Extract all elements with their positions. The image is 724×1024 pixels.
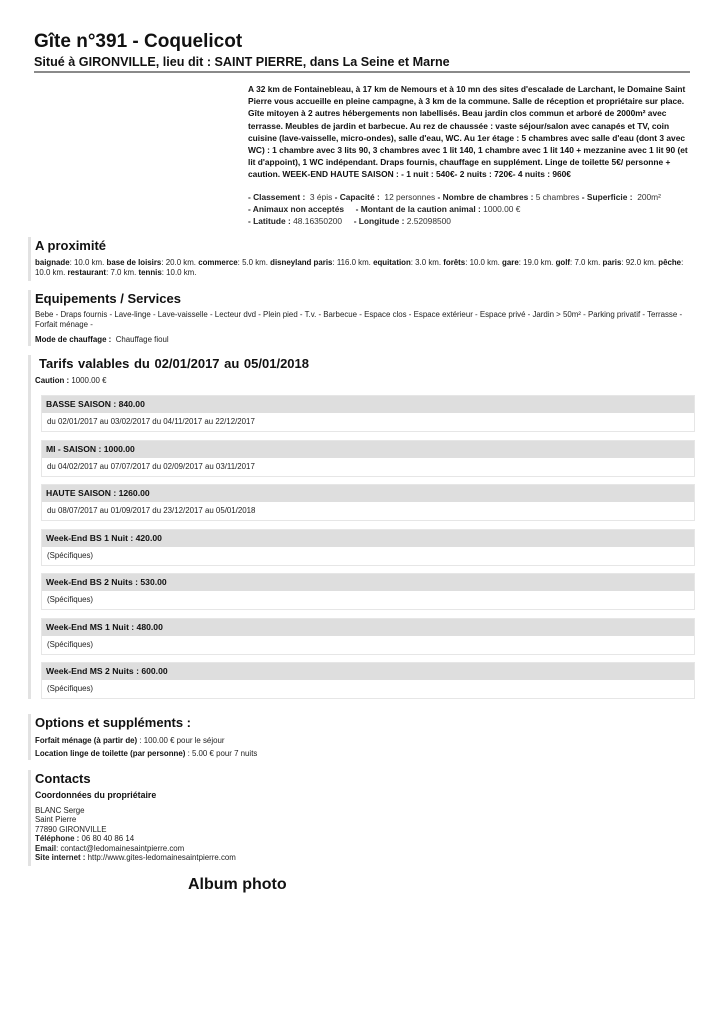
proximity-item-label: commerce <box>198 258 237 267</box>
proximity-item: equitation: 3.0 km. <box>373 258 441 267</box>
proximity-item-label: base de loisirs <box>107 258 162 267</box>
rate-period-title: Week-End MS 1 Nuit : 480.00 <box>42 619 694 636</box>
option-label: Forfait ménage (à partir de) <box>35 736 137 745</box>
chambres-label: - Nombre de chambres : <box>438 192 534 202</box>
option-label: Location linge de toilette (par personne… <box>35 749 185 758</box>
option-value: : 5.00 € pour 7 nuits <box>188 749 258 758</box>
proximity-item-label: equitation <box>373 258 411 267</box>
proximity-item-value: 3.0 km. <box>415 258 441 267</box>
classement-label: - Classement : <box>248 192 305 202</box>
email-label: Email <box>35 844 56 853</box>
capacite-label: - Capacité : <box>335 192 380 202</box>
rates-heading: Tarifs valables du 02/01/2017 au 05/01/2… <box>39 355 691 372</box>
proximity-item-label: paris <box>603 258 622 267</box>
proximity-item-value: 10.0 km. <box>470 258 500 267</box>
options-section: Options et suppléments : Forfait ménage … <box>28 714 435 760</box>
proximity-item-value: 19.0 km. <box>523 258 553 267</box>
rate-period-title: BASSE SAISON : 840.00 <box>42 396 694 413</box>
proximity-item-label: pêche <box>658 258 681 267</box>
proximity-item: base de loisirs: 20.0 km. <box>107 258 196 267</box>
proximity-item-value: 116.0 km. <box>337 258 371 267</box>
proximity-heading: A proximité <box>35 237 691 254</box>
heating-mode: Mode de chauffage : Chauffage fioul <box>35 335 691 345</box>
superficie-value: 200m² <box>637 192 661 202</box>
proximity-item-value: 7.0 km. <box>110 268 136 277</box>
owner-email: Email: contact@ledomainesaintpierre.com <box>35 844 435 853</box>
rate-period-title: Week-End BS 2 Nuits : 530.00 <box>42 574 694 591</box>
email-link[interactable]: contact@ledomainesaintpierre.com <box>60 844 184 853</box>
page-header: Gîte n°391 - Coquelicot Situé à GIRONVIL… <box>34 30 690 70</box>
header-divider <box>34 71 690 73</box>
page-title: Gîte n°391 - Coquelicot <box>34 30 690 54</box>
rate-period: Week-End MS 2 Nuits : 600.00(Spécifiques… <box>41 662 695 699</box>
chambres-value: 5 chambres <box>536 192 580 202</box>
owner-address-line-1: Saint Pierre <box>35 815 435 824</box>
superficie-label: - Superficie : <box>582 192 633 202</box>
proximity-item-value: 20.0 km. <box>166 258 196 267</box>
proximity-item-value: 92.0 km. <box>626 258 656 267</box>
owner-heading: Coordonnées du propriétaire <box>35 790 435 801</box>
contacts-section: Contacts Coordonnées du propriétaire BLA… <box>28 770 435 866</box>
phone-value[interactable]: 06 80 40 86 14 <box>81 834 134 843</box>
rate-period: HAUTE SAISON : 1260.00du 08/07/2017 au 0… <box>41 484 695 521</box>
rate-period-detail: (Spécifiques) <box>42 591 694 609</box>
options-heading: Options et suppléments : <box>35 714 435 731</box>
proximity-item-label: forêts <box>443 258 465 267</box>
rate-period-detail: du 08/07/2017 au 01/09/2017 du 23/12/201… <box>42 502 694 520</box>
proximity-item-label: gare <box>502 258 519 267</box>
proximity-item-value: 7.0 km. <box>574 258 600 267</box>
attributes-row-3: - Latitude : 48.16350200 - Longitude : 2… <box>248 215 694 227</box>
heating-value: Chauffage fioul <box>116 335 169 344</box>
rate-period: Week-End MS 1 Nuit : 480.00(Spécifiques) <box>41 618 695 655</box>
rate-period: Week-End BS 2 Nuits : 530.00(Spécifiques… <box>41 573 695 610</box>
animaux-label: - Animaux non acceptés <box>248 204 344 214</box>
album-heading: Album photo <box>188 876 287 894</box>
capacite-value: 12 personnes <box>384 192 435 202</box>
proximity-item-label: restaurant <box>67 268 106 277</box>
proximity-item-value: 10.0 km. <box>166 268 196 277</box>
caution-animal-label: - Montant de la caution animal : <box>356 204 481 214</box>
caution-animal-value: 1000.00 € <box>483 204 520 214</box>
proximity-item: golf: 7.0 km. <box>556 258 601 267</box>
proximity-item-value: 10.0 km. <box>74 258 104 267</box>
rate-period: MI - SAISON : 1000.00du 04/02/2017 au 07… <box>41 440 695 477</box>
deposit-label: Caution : <box>35 376 69 385</box>
longitude-label: - Longitude : <box>354 216 405 226</box>
latitude-value: 48.16350200 <box>293 216 342 226</box>
proximity-item: paris: 92.0 km. <box>603 258 657 267</box>
rate-period-detail: (Spécifiques) <box>42 547 694 565</box>
proximity-item-value: 10.0 km. <box>35 268 65 277</box>
deposit: Caution : 1000.00 € <box>35 376 691 386</box>
owner-phone: Téléphone : 06 80 40 86 14 <box>35 834 435 843</box>
proximity-list: baignade: 10.0 km. base de loisirs: 20.0… <box>35 258 691 278</box>
proximity-section: A proximité baignade: 10.0 km. base de l… <box>28 237 691 281</box>
description-block: A 32 km de Fontainebleau, à 17 km de Nem… <box>248 83 694 227</box>
option-value: : 100.00 € pour le séjour <box>139 736 224 745</box>
rate-period-detail: (Spécifiques) <box>42 680 694 698</box>
option-item: Forfait ménage (à partir de) : 100.00 € … <box>35 734 435 747</box>
website-label: Site internet : <box>35 853 85 862</box>
proximity-item-label: golf <box>556 258 570 267</box>
proximity-item: commerce: 5.0 km. <box>198 258 268 267</box>
proximity-item: tennis: 10.0 km. <box>139 268 197 277</box>
rate-period-title: Week-End MS 2 Nuits : 600.00 <box>42 663 694 680</box>
owner-name: BLANC Serge <box>35 806 435 815</box>
phone-label: Téléphone : <box>35 834 79 843</box>
proximity-item-label: baignade <box>35 258 70 267</box>
rate-period-title: MI - SAISON : 1000.00 <box>42 441 694 458</box>
equipment-list: Bebe - Draps fournis - Lave-linge - Lave… <box>35 310 691 330</box>
proximity-item: gare: 19.0 km. <box>502 258 553 267</box>
proximity-item: restaurant: 7.0 km. <box>67 268 136 277</box>
rate-period-title: Week-End BS 1 Nuit : 420.00 <box>42 530 694 547</box>
option-item: Location linge de toilette (par personne… <box>35 747 435 760</box>
rates-section: Tarifs valables du 02/01/2017 au 05/01/2… <box>28 355 691 699</box>
owner-website: Site internet : http://www.gites-ledomai… <box>35 853 435 862</box>
proximity-item-label: tennis <box>139 268 162 277</box>
latitude-label: - Latitude : <box>248 216 291 226</box>
rate-period-detail: du 04/02/2017 au 07/07/2017 du 02/09/201… <box>42 458 694 476</box>
attributes-row-1: - Classement : 3 épis - Capacité : 12 pe… <box>248 191 694 203</box>
description-attributes: - Classement : 3 épis - Capacité : 12 pe… <box>248 191 694 227</box>
deposit-value: 1000.00 € <box>71 376 106 385</box>
proximity-item: baignade: 10.0 km. <box>35 258 104 267</box>
attributes-row-2: - Animaux non acceptés - Montant de la c… <box>248 203 694 215</box>
contacts-heading: Contacts <box>35 770 435 787</box>
proximity-item-value: 5.0 km. <box>242 258 268 267</box>
proximity-item: forêts: 10.0 km. <box>443 258 500 267</box>
heating-label: Mode de chauffage : <box>35 335 111 344</box>
rate-period-title: HAUTE SAISON : 1260.00 <box>42 485 694 502</box>
rate-period: BASSE SAISON : 840.00du 02/01/2017 au 03… <box>41 395 695 432</box>
owner-address-line-2: 77890 GIRONVILLE <box>35 825 435 834</box>
description-text: A 32 km de Fontainebleau, à 17 km de Nem… <box>248 83 694 181</box>
proximity-item-label: disneyland paris <box>270 258 332 267</box>
rate-period-detail: (Spécifiques) <box>42 636 694 654</box>
website-link[interactable]: http://www.gites-ledomainesaintpierre.co… <box>88 853 236 862</box>
page-subtitle: Situé à GIRONVILLE, lieu dit : SAINT PIE… <box>34 54 690 70</box>
longitude-value: 2.52098500 <box>407 216 451 226</box>
rate-period: Week-End BS 1 Nuit : 420.00(Spécifiques) <box>41 529 695 566</box>
rate-period-detail: du 02/01/2017 au 03/02/2017 du 04/11/201… <box>42 413 694 431</box>
equipment-heading: Equipements / Services <box>35 290 691 307</box>
classement-value: 3 épis <box>310 192 332 202</box>
equipment-section: Equipements / Services Bebe - Draps four… <box>28 290 691 346</box>
proximity-item: disneyland paris: 116.0 km. <box>270 258 371 267</box>
